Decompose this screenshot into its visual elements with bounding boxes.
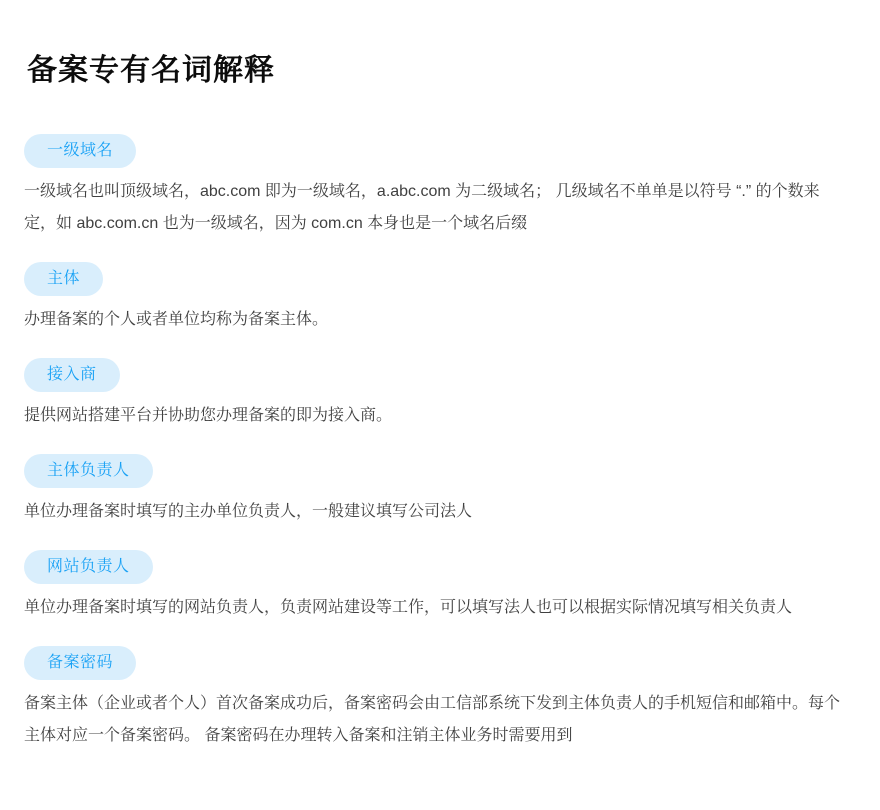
- term-badge-first-level-domain: 一级域名: [24, 134, 136, 168]
- section-website-manager: 网站负责人 单位办理备案时填写的网站负责人，负责网站建设等工作，可以填写法人也可…: [24, 550, 844, 624]
- section-access-provider: 接入商 提供网站搭建平台并协助您办理备案的即为接入商。: [24, 358, 844, 432]
- term-badge-subject-manager: 主体负责人: [24, 454, 153, 488]
- term-description: 单位办理备案时填写的网站负责人，负责网站建设等工作，可以填写法人也可以根据实际情…: [24, 592, 844, 624]
- page-title: 备案专有名词解释: [27, 50, 844, 92]
- section-first-level-domain: 一级域名 一级域名也叫顶级域名，abc.com 即为一级域名，a.abc.com…: [24, 134, 844, 240]
- term-description: 备案主体（企业或者个人）首次备案成功后，备案密码会由工信部系统下发到主体负责人的…: [24, 688, 844, 752]
- section-registration-password: 备案密码 备案主体（企业或者个人）首次备案成功后，备案密码会由工信部系统下发到主…: [24, 646, 844, 752]
- term-description: 单位办理备案时填写的主办单位负责人，一般建议填写公司法人: [24, 496, 844, 528]
- section-subject-manager: 主体负责人 单位办理备案时填写的主办单位负责人，一般建议填写公司法人: [24, 454, 844, 528]
- term-description: 提供网站搭建平台并协助您办理备案的即为接入商。: [24, 400, 844, 432]
- term-description: 办理备案的个人或者单位均称为备案主体。: [24, 304, 844, 336]
- term-badge-access-provider: 接入商: [24, 358, 120, 392]
- term-badge-registration-password: 备案密码: [24, 646, 136, 680]
- term-badge-website-manager: 网站负责人: [24, 550, 153, 584]
- term-badge-subject: 主体: [24, 262, 103, 296]
- document-page: 备案专有名词解释 一级域名 一级域名也叫顶级域名，abc.com 即为一级域名，…: [0, 0, 880, 752]
- section-subject: 主体 办理备案的个人或者单位均称为备案主体。: [24, 262, 844, 336]
- term-description: 一级域名也叫顶级域名，abc.com 即为一级域名，a.abc.com 为二级域…: [24, 176, 844, 240]
